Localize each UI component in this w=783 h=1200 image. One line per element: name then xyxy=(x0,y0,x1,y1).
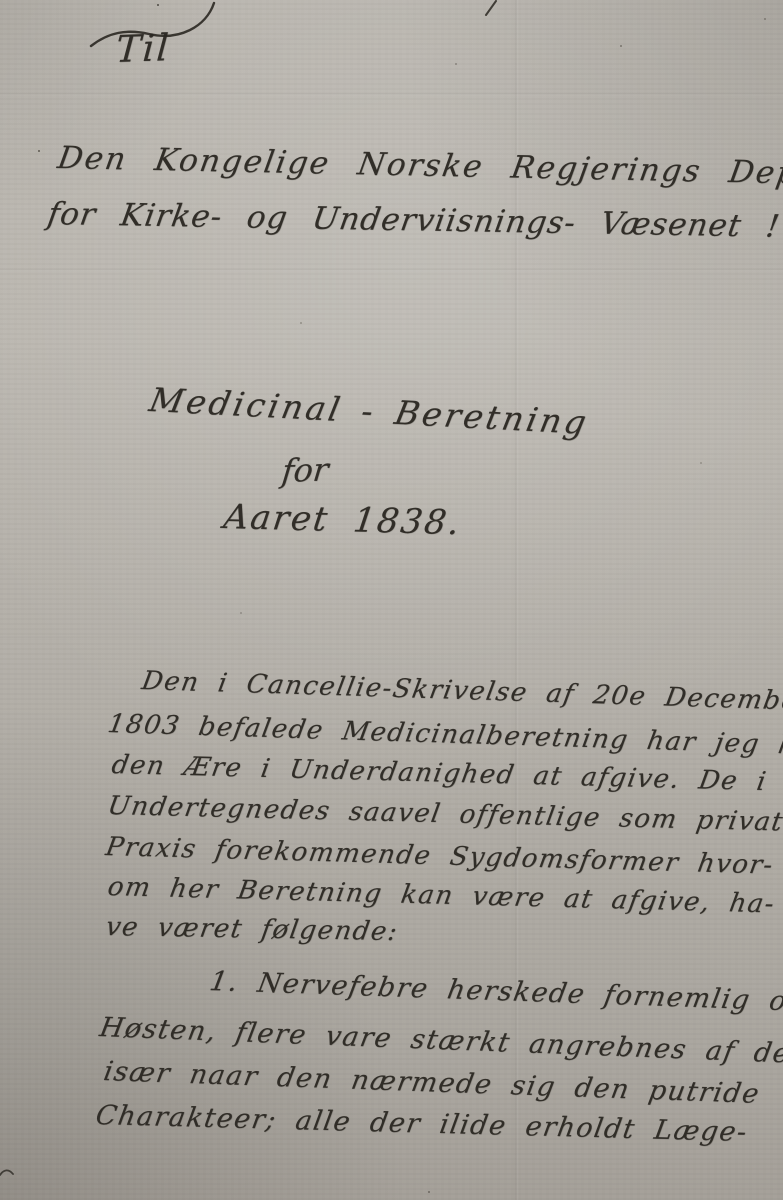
ink-squiggle-bottom-left xyxy=(0,1166,16,1180)
paragraph1-line-1: Den i Cancellie-Skrivelse af 20e Decembe… xyxy=(139,666,783,717)
paragraph1-line-3: den Ære i Underdanighed at afgive. De i xyxy=(109,750,769,797)
recipient-line-2: for Kirke- og Underviisnings- Væsenet ! xyxy=(45,196,782,245)
fold-crease-horizontal-1 xyxy=(0,92,783,96)
paragraph1-line-7: ve været følgende: xyxy=(104,912,401,947)
ink-slash-mark xyxy=(483,0,499,18)
paragraph2-line-4: Charakteer; alle der ilide erholdt Læge- xyxy=(93,1100,750,1148)
recipient-line-1: Den Kongelige Norske Regjerings Departem… xyxy=(55,140,783,195)
paragraph1-line-4: Undertegnedes saavel offentlige som priv… xyxy=(106,791,783,838)
paragraph1-line-5: Praxis forekommende Sygdomsformer hvor- xyxy=(103,832,776,881)
document-title: Medicinal - Beretning xyxy=(146,380,592,442)
salutation: Til xyxy=(114,26,171,71)
document-title-year: Aaret 1838. xyxy=(221,497,463,543)
paragraph1-line-6: om her Beretning kan være at afgive, ha- xyxy=(105,872,777,919)
paragraph2-line-1: 1. Nervefebre herskede fornemlig om xyxy=(207,966,783,1018)
fold-crease-horizontal-3 xyxy=(0,636,783,640)
document-title-for: for xyxy=(280,450,330,490)
fold-crease-horizontal-2 xyxy=(0,268,783,272)
manuscript-page: Til Den Kongelige Norske Regjerings Depa… xyxy=(0,0,783,1200)
ink-speck-cluster xyxy=(0,0,2,2)
